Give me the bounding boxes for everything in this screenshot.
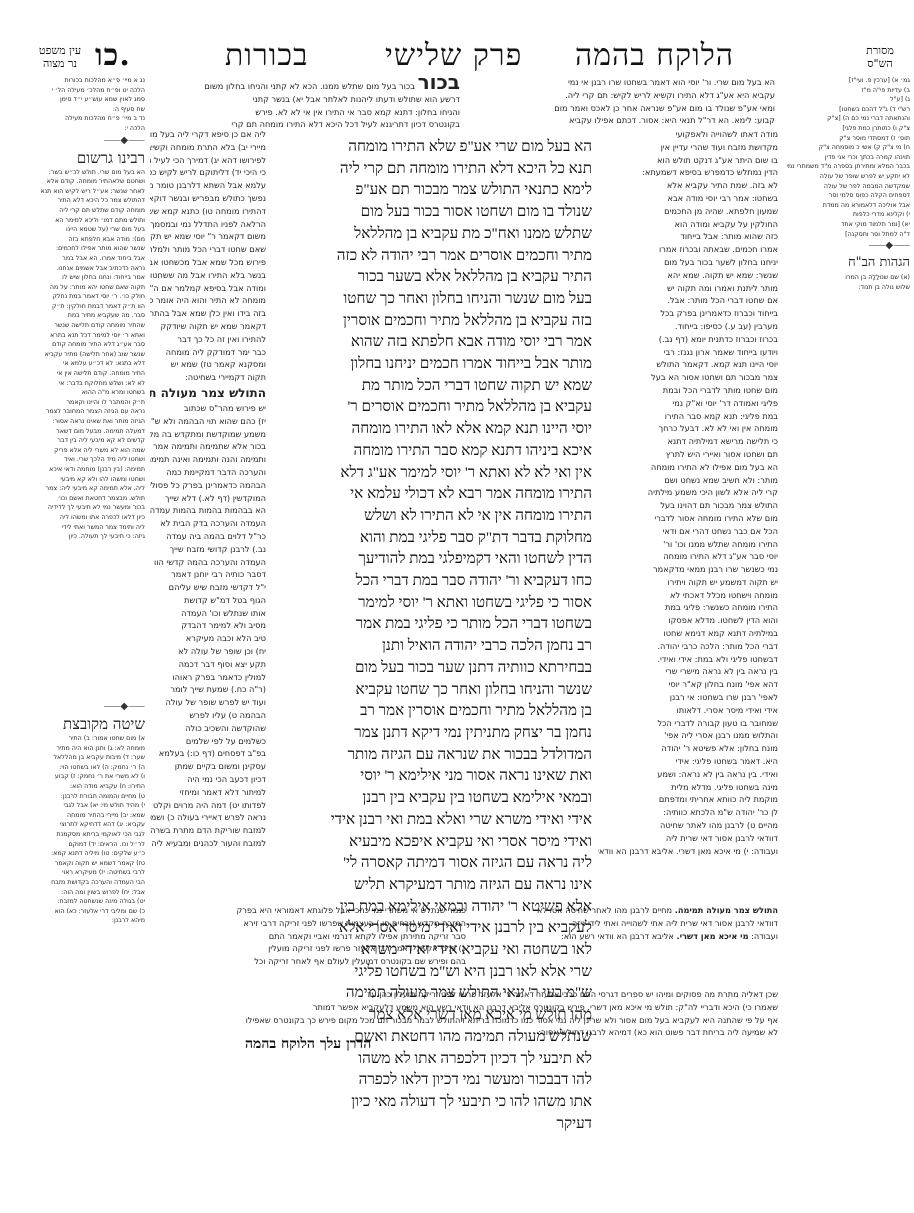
gershom-line: נראה עם הגיזה הצמר המחובר לצמר [2, 407, 145, 417]
gershom-line: לא לא: ושלש מחלוקת בדבר: אי [2, 379, 145, 389]
gershom-line: תקוה שאם שחטו יהא מותר: על מה [2, 283, 145, 293]
rashi-line: מומחה וישחטו מכלל דאכתי לא [598, 589, 778, 602]
tosafot-line: אותו שנתלש וכו' העמדה [150, 607, 266, 620]
tosafot-line: דהתירו מומחה טו) כתנא קמא ששמיה [150, 205, 266, 218]
gemara-line: יוסי היינו תנא קמא אלא לאו התירו מומחה [270, 418, 592, 440]
gemara-line: אינו נראה עם הגיזה מותר דמעיקרא תליש [270, 874, 592, 896]
rashi-line: יוסי סבר אע"ג דלא התירו מומחה [598, 550, 778, 563]
tosafot-line: בפ"ב דפסחים (דף כו:) בעלמא [150, 747, 266, 760]
gershom-line: ושחטו ליה מיד הלכך שרי. ואיד [2, 455, 145, 465]
tosafot-line: נב.) לרבנן קדושי מזבח שייך [150, 543, 266, 556]
gemara-line: אתו משהו להו כי תיבעי לך דעולה מאי כיון [270, 1091, 592, 1113]
rashi-line: נמי כשנשר שרו רבנן ממאי מדקאמר [598, 563, 778, 576]
shita-line: כ) שם ומליבי דרי אלעזר: כא) הוא [2, 907, 145, 917]
gemara-line: ואת שאינו נראה אסור מני אילימא ר' יוסי [270, 765, 592, 787]
rashi-line: מונח בחלון: אלא פשיטא ר' יהודה [598, 742, 778, 755]
tosafot-line: תקוה דקמיירי בשחיטה: [150, 371, 266, 384]
rashi-line: הכל אם כבר נשחט דהרי אם ודאי [598, 525, 778, 538]
tosafot-line: מומחה לא התיר והוא היה אומר כך [150, 294, 266, 307]
tosafot-line: נפשך כתולש מבפריש ובנשר דוקא [150, 192, 266, 205]
rashi-line: התירו מומחה שתלש ממנו וכו' ור' [598, 538, 778, 551]
tosafot-line: והערכה הדבר דמקיימת כמה [150, 466, 266, 479]
rashi-intro: הא בעל מום שרי. ור' יוסי הוא דאמר בשחטו … [465, 76, 775, 127]
continuation-line: אף על פי שהתנה היא לעקביא בעל מום אסור ו… [150, 1014, 778, 1027]
ein-mishpat-label: עין משפט נר מצוה [30, 44, 90, 70]
gemara-line: התיר עקביא בן מהללאל אלא בשער בכור [270, 266, 592, 288]
rashi-line: לא בזה. שמת התיר עקביא אלא [598, 179, 778, 192]
gershom-line: התיר מומחה. קודם תלישה אין אי [2, 369, 145, 379]
shita-line: מיהא לרבנן: [2, 916, 145, 926]
masoret-line: ח) מי צ"ק ק) אשי כ מוסמחה צ"ק [785, 143, 910, 153]
tosafot-line: הא בבהמות בהמות בהמות עמדה [150, 504, 266, 517]
tosafot-line: ליה אם כן סיפא דקרי ליה בעל מום [150, 128, 266, 141]
gershom-line: מם): מודה אבא חלפתא בזה [2, 235, 145, 245]
gershom-line: בכור ומעשר נמי לא תיבעי לך לדידיה [2, 503, 145, 513]
rashi-line: אמרו חכמים. שבאתה ובכרוז אמרו [598, 243, 778, 256]
hagahot-line: שלוש נולה בן תנוד: [785, 283, 910, 293]
shita-line: כ״ע שלקים: טו) מיליה דתנא קמא: [2, 849, 145, 859]
gershom-line: בעל מום שרי (על שטמא היינו [2, 225, 145, 235]
masoret-line: צ"ק ו) כתותרן כמת פלגי] [785, 124, 910, 134]
gemara-line: כחו דעקביא ור' יהודה סבר במת דברי הכל [270, 570, 592, 592]
gemara-line: מתיר וחכמים אוסרים אמר רבי יהודה לא כזה [270, 245, 592, 267]
ornament-divider: ⸺◆⸺ [2, 134, 145, 148]
tosafot-line: ועוד יש לפרש שופר של עולה [150, 696, 266, 709]
rashi-line: והוא הדין לשחטו. מדלא אפסקו [598, 614, 778, 627]
gemara-text: הא בעל מום שרי אע"פ שלא התירו מומחה תנא … [270, 136, 592, 1134]
gershom-line: מומחה קודם שתלש תם קרי ליה [2, 206, 145, 216]
shita-line: שמא: יב) מיירי בהתיר מומחה [2, 811, 145, 821]
ein-mishpat-line2: נר מצוה [30, 57, 90, 70]
rashi-bottom: התולש צמר מעולה תמימה. מחיים לרבנן מהו ל… [470, 904, 778, 942]
tosafot-bottom-line: המזבח מקדש (זבחים פו.) בעצמות שפרשו לפני… [150, 917, 466, 930]
gershom-line: ליה ותימד צמר המשר ואתי לידי [2, 523, 145, 533]
shita-line: א) מום שחטו אמור: ב) התיר [2, 734, 145, 744]
tosafot-line: העמדה והערכה בהמה קדשי הוו [150, 556, 266, 569]
rashi-line: אם שחטו דברי הכל מותר: אבל. [598, 294, 778, 307]
tosafot-line: כבר ימר דמודקק ליה מומחה [150, 346, 266, 359]
shita-line: שער: ד) מיבות עקביא בן מהללאל [2, 753, 145, 763]
tosafot-line: למיתור דלא דאמר ומיחזי [150, 786, 266, 799]
gemara-line: להו דבבכור ומעשר נמי דכיון דלאו לכפרה [270, 1069, 592, 1091]
rashi-line: מוקמת ליה כוותא אחריתי ומדפתם [598, 793, 778, 806]
gemara-line: שמא יש תקוה שחטו דברי הכל מותר מת [270, 375, 592, 397]
rashi-line: היא. דאמר בשחטו פליגי: אידי [598, 755, 778, 768]
tosafot-line: משמע שמוקדשת ומתקדש בה מקודשת [150, 428, 266, 441]
gershom-line: חולק כו׳. ר׳ יוסי דאמר במת נחלק [2, 292, 145, 302]
tosafot-line: מיירי יב) בלא התרת מומחה וקשיא [150, 141, 266, 154]
ein-mishpat-line: הלכה י: [2, 124, 145, 134]
gemara-line: בשחטו דברי הכל מותר כי פליגי במת אמר [270, 613, 592, 635]
tosafot-line: עסקינן ומשום בקיים שמתן [150, 760, 266, 773]
masoret-line: רש"י ד) ג"ל דהכם בשחטו] [785, 105, 910, 115]
tosafot-line: יש פירוש מהר"ס שכתוב [150, 402, 266, 415]
shita-line: ט) מחיים והמומה תבורת לרבנן: [2, 792, 145, 802]
tosafot-line: עלמא אבל השתא דלרבנן טומר ממה [150, 179, 266, 192]
rashi-line: מותר: ולא חשיב שמא נשחט ושם [598, 474, 778, 487]
tosafot-line: מסיב ולא למימר דהבדק [150, 619, 266, 632]
rashi-line: כי תלישה מרישא דמילתיה דתנא [598, 435, 778, 448]
tosafot-line: למזבח שוריקת הדם מתרת בשרה [150, 824, 266, 837]
tosafot-line: י"ל דקדשי מזבח שיש עליהם [150, 581, 266, 594]
tosafot-line: (ר"ה כח.) שמעת שייך לומר [150, 683, 266, 696]
tosafot-line: משום דקאמר ר" יוסי שמא יש תקוה [150, 230, 266, 243]
rashi-line: אידי ואידי מיסר אסרי. דלאותו [598, 704, 778, 717]
gershom-line: כיון דלאו לכפרה אתו ומשהו ליה [2, 513, 145, 523]
rashi-line: דברי הכל מותר: הלכה כרבי יהודה. [598, 640, 778, 653]
gemara-line: אסור כי פליגי בשחטו ואתא ר' יוסי למימר [270, 592, 592, 614]
rashi-line: ויודעו בייחוד שאמר ארון נגנז: רבי [598, 346, 778, 359]
gemara-line: נחמן בר יצחק מתניתין נמי דיקא דתנן צמר [270, 722, 592, 744]
masoret-line: בכבר המלא ומתירתן בספרה מ"ד משמתרי נמי [785, 162, 910, 172]
rashi-line: התולש צמר מבכור תם דהוינו בעל [598, 499, 778, 512]
masoret-line: יא) [ומר תלמוד מוקי אחד [785, 220, 910, 230]
shita-line: אבל: יח) לפרוש בשוין ומה הוה: [2, 888, 145, 898]
masoret-line: ג) [ע"ל [785, 95, 910, 105]
shita-line: טז) קאמר דשמא יש תקוה וקאמר [2, 859, 145, 869]
gemara-line: הדין לשחטו והאי דקמיפלגי במת להודיעך [270, 548, 592, 570]
gemara-line: אידי ואידי משרא שרי ואלא במת ואי רבנן אי… [270, 809, 592, 831]
tosafot-line: המוקדשין (דף לא.) דלא שייך [150, 492, 266, 505]
rashi-line: בייחוד וכברוז כדאמרינן בפרק בכל [598, 307, 778, 320]
rashi-line: שמעון חלפתא. שהיה מן החכמים [598, 205, 778, 218]
masoret-line: י) וקלינא מדרי כלפות [785, 210, 910, 220]
gemara-line: התירו מומחה אמר רבא לא דכולי עלמא אי [270, 483, 592, 505]
tosafot-line: בזה בידו ואין כלן שמא אבל בהתרת [150, 307, 266, 320]
gershom-line: ת״ק והמתבר לו והיינו וקאמר [2, 398, 145, 408]
rashi-line: בו שום היתר אע"ג דנקט תולש הוא [598, 154, 778, 167]
rashi-intro-line: קבוע: לימא. הא דר"ל תנאי היא: אסור. דכתם… [465, 114, 775, 127]
chapter-title: הלוקח בהמה [575, 38, 734, 73]
rashi-line: צמר מבכור תם ושחטו אסור הא בעל [598, 371, 778, 384]
rashi-line: דהא אפי' מונח בחלון קא"ר יוסי [598, 678, 778, 691]
rashi-line: במת פליגי: תנא קמא סבר התירו [598, 410, 778, 423]
shita-line: עקביא: יג) דהא דדחיקא לתרוצי [2, 820, 145, 830]
rashi-intro-line: עקביא היא אע"ג דלא התירו וקשיא לריש לקיש… [465, 89, 775, 102]
masoret-line: ב) עדיות פי"ה מ"ז [785, 86, 910, 96]
masoret-label-line1: מסורת [850, 44, 910, 57]
gershom-line: דמעלה תמימה. מבעל מום דשאר [2, 427, 145, 437]
gemara-line: אין ואי לא לא ואתא ר' יוסי למימר אע"ג דל… [270, 462, 592, 484]
tosafot-line: לפדותו יט) דמה היה מרוים וקלט היה [150, 799, 266, 812]
tosafot-bottom-line: כגמר שנתלש אי משתרי נמי כהכי אבל פלוגתא … [150, 904, 466, 917]
tosafot-intro-line: דרשע הוא שתולש ודעתו ליהנות לאלתר אבל יא… [168, 93, 460, 106]
tosafot-line: שהוקדשה והשכיב כולה [150, 722, 266, 735]
rashi-column: מודה דאתו לשהוייה ולאפקועי מקדושת מזבח ו… [598, 128, 778, 857]
rashi-line: בכרוז וכברוז כדתנית יומא (דף נב.) [598, 333, 778, 346]
tosafot-bottom: כגמר שנתלש אי משתרי נמי כהכי אבל פלוגתא … [150, 904, 466, 968]
daf-number: כו. [95, 38, 131, 73]
gemara-line: התירו מומחה אין אי לא התירו לא ושלש [270, 505, 592, 527]
gemara-line: שנולד בו מום ושחטו אסור בכור בעל מום [270, 201, 592, 223]
tosafot-line: כר"ל דלוים בהמה ביה עמדה [150, 530, 266, 543]
rashi-line: מערבין (עב ע.) כסיפו: בייחוד. [598, 320, 778, 333]
rashi-line: לן כר' יהודה ש"מ הלכתא כוותיה: [598, 806, 778, 819]
tosafot-line: בכור אלא שתמימה ותמימה אמר [150, 440, 266, 453]
rashi-line: כזה שהוא מותר: אבל בייחוד [598, 230, 778, 243]
shita-line: י) מהיד תולש מי: יא) אבל לגבי [2, 801, 145, 811]
gemara-line: בבחירתא כוותיה דתנן שער בכור בעל מום [270, 657, 592, 679]
shita-line: לגבי הכי לאוקמי בריתא מסקמנת [2, 830, 145, 840]
gershom-line: תמימה: (בין רבנן) מוחמה ודאי איכא [2, 465, 145, 475]
ein-mishpat-line: נד ב מיי׳ פ״ח מהלכות מעילה [2, 114, 145, 124]
tosafot-continuation: שכן דאליה מתרת מה פסוקים ומיהו יש ספרים … [150, 988, 778, 1039]
rashi-line: מודה דאתו לשהוייה ולאפקועי [598, 128, 778, 141]
gemara-line: בעל מום שנשר והניחו בחלון ואחר כך שחטו [270, 288, 592, 310]
rashi-line: בשחטו: אמר רבי יוסי מודה אבא [598, 192, 778, 205]
rashi-line: דבשחטו פליגי ולא במת: אידי ואידי. [598, 653, 778, 666]
gershom-line: אבל ביחוד אמרו. הא אבל במר [2, 254, 145, 264]
gemara-line: בן מהללאל מתיר וחכמים אוסרין אמר רב [270, 700, 592, 722]
masoret-line: תוס׳ ז) דמסתדי מוסר צ"ק [785, 134, 910, 144]
rashi-line: ועבודה: י) מי איכא מאן דשרי. אליבא דרבנן… [598, 845, 778, 858]
gershom-line: דהתולש צמר כל היכא דלא התיר [2, 196, 145, 206]
shita-line: ה) ר׳ נחמק: ה) לאו בשחטו הוי: [2, 763, 145, 773]
gemara-line: מחלוקת בדבר דת"ק סבר פליגי במת והוא [270, 527, 592, 549]
tosafot-line: דסבר כותיה רבי יוחנן דאמר [150, 568, 266, 581]
hadran-chapter-end: הדרן עלך הלוקח בהמה [245, 1036, 371, 1053]
tosafot-intro-line: והניחו בחלון: דתנא קמא סבר אי התירו אין … [168, 106, 460, 119]
hagahot-line: (א) שם שנוּלַלָה בן המרו [785, 273, 910, 283]
ein-mishpat-line: הלכה יט ופ״ח מהלכ׳ מעילה הל׳ י [2, 86, 145, 96]
hagahot-habach-title: הגהות הב"ח [785, 253, 910, 273]
tosafot-bottom-line: סבר זריקה מתירתן אפילו לקתא דנרמי ואביי … [150, 930, 466, 943]
gemara-line: אמר רבי יוסי מודה אבא חלפתא בזה שהוא [270, 331, 592, 353]
shita-line: לר״ל וכו. הראים: יד) דמוקם [2, 840, 145, 850]
rabbeinu-gershom-text: הא בעל מום שרי. תולש לכ״ש בשר: ושחטם שלא… [2, 168, 145, 542]
tosafot-line: טיב הלא וכבה מעיקרא [150, 632, 266, 645]
ornament-divider: ⸺◆⸺ [785, 239, 910, 253]
tosafot-intro: בכור בכור בעל מום שתלש ממנו. הכא לא קתני… [168, 76, 460, 131]
rashi-line: דוודאי לרבנן אסור דאי שרית ליה [598, 832, 778, 845]
tosafot-bottom-line: כ) כרבי אלעזר דאמר רבי אלעזר פרשו לפני ז… [150, 942, 466, 955]
shita-mekubetzet-title: שיטה מקובצת [2, 714, 145, 734]
gershom-line: לאחר שנשר: אע״ל ריש לקיש הוא תנא [2, 187, 145, 197]
tosafot-line: יח) וכן שופר של עולה לא [150, 645, 266, 658]
shita-line: ו) לא משרי את ר׳ נחמק: ז) קבוע [2, 772, 145, 782]
rashi-line: מותר ליתנת ואמרו ומה תקוה יש [598, 282, 778, 295]
gemara-line: עקביא בן מהללאל מתיר וחכמים אוסרים ר' [270, 396, 592, 418]
gershom-line: הא בעל מום שרי. תולש לכ״ש בשר: [2, 168, 145, 178]
tosafot-line: דכיון דכעב הכי נמי היה [150, 773, 266, 786]
gershom-line: סבר אע״ג דלא התיר מומחה קודם [2, 340, 145, 350]
shita-mekubetzet: ⸺◆⸺ שיטה מקובצת א) מום שחטו אמור: ב) התי… [2, 700, 145, 926]
rashi-line: מום שלא התירו מומחה אסור לדברי [598, 512, 778, 525]
gershom-line: דלא בתנא: לא דכ״ע עלמא אי [2, 359, 145, 369]
rashi-intro-line: הא בעל מום שרי. ור' יוסי הוא דאמר בשחטו … [465, 76, 775, 89]
masoret-line: שמקדשה המבמה לפר של עולה [785, 182, 910, 192]
shita-line: התירו: ח) עקביא מודה הוא: [2, 782, 145, 792]
rashi-line: והתלוש ממנו רבנן אסרי ליה אפי' [598, 729, 778, 742]
masoret-label-line2: הש"ס [850, 57, 910, 70]
gemara-line: ובמאי אילימא בשחטו בין עקביא בין רבנן [270, 787, 592, 809]
continuation-line: שאמרו כי) היכא ודבריי לה"ק: תולש מי איכא… [150, 1001, 778, 1014]
gershom-line: ושחטו ומשהו להו ולא קא מיבעי [2, 475, 145, 485]
rashi-line: פליגי ואמודה דר' יוסי וא"ק נמי [598, 397, 778, 410]
masoret-line: תוינהו קמרה בכתך וכרי אני פדין [785, 153, 910, 163]
gershom-line: ואתא ר׳ יוסי למימר דכל תנא בתרא [2, 331, 145, 341]
ein-mishpat-line: שח סעיף ה: [2, 105, 145, 115]
ein-mishpat-line: סמג לאוין שמא עוש״ע י״ד סימן [2, 95, 145, 105]
gershom-line: שמה הוא לא משרי ליה אלא פריק [2, 446, 145, 456]
gemara-line: הא בעל מום שרי אע"פ שלא התירו מומחה [270, 136, 592, 158]
masoret-line: לא יתקע יש לפרש שופר של עולה [785, 172, 910, 182]
rashi-line: מקדושת מזבח ועוד שהרי עדיין אין [598, 141, 778, 154]
rashi-line: לאפי' רבנן שרו בשחטו: אי רבנן [598, 691, 778, 704]
tosafot-line: תקע יצא וסוף דבר דכמה [150, 658, 266, 671]
rabbeinu-gershom-title: רבינו גרשום [2, 148, 145, 168]
gershom-line: סבר. מה שעקביא מתיר במת [2, 311, 145, 321]
gemara-line: שתלש ממנו ואח"כ מת עקביא בן מהללאל [270, 223, 592, 245]
gershom-line: ושחטם שלאהתיר מומחה. קודם אלא [2, 177, 145, 187]
ein-mishpat-line: נג א מיי׳ פ״א מהלכות בכורות [2, 76, 145, 86]
tosafot-intro-line: בכור בכור בעל מום שתלש ממנו. הכא לא קתני… [168, 76, 460, 93]
tosafot-line: הגוף בטל דמ"ש קדושת [150, 594, 266, 607]
gershom-line: גיזה: כי תיבעי לך תעולה. כיון [2, 532, 145, 542]
tosafot-line: להתירו ואין זה כל כך דבר [150, 333, 266, 346]
rashi-bottom-line: דוודאי לרבנן אסור דאי שרית ליה אתי לשהוי… [470, 917, 778, 930]
gershom-line: הגיזה מותר ואת שאינו נראה אסור: [2, 417, 145, 427]
tosafot-line: בנשר בלא התירו אבל מה ששחטו [150, 269, 266, 282]
tosafot-line: הבהמה ט) עליו לפרש [150, 709, 266, 722]
masoret-line: ד"ה למתל וסר ותסקנה] [785, 230, 910, 240]
tosafot-dibbur-hamatchil: בכור [418, 76, 460, 93]
gemara-line: בזה עקביא בן מהללאל מתיר וחכמים אוסרין [270, 310, 592, 332]
rashi-line: קרי ליה אלא לשון היכי משמע מילתיה [598, 486, 778, 499]
shita-line: יט) בגולה מינה שנשחטה למזבח: [2, 897, 145, 907]
masoret-line: דספחים הקלה כפוס סלמי וסר [785, 191, 910, 201]
masoret-line: אבל אוליכה דלאמורא מה ממדת [785, 201, 910, 211]
gemara-line: לימא כתנאי התולש צמר מבכור תם אע"פ [270, 179, 592, 201]
tosafot-line: נראה לפרש דאיירי בעולה כ) ושמטה [150, 811, 266, 824]
masoret-line: והנתאתה דברי נמי כם ה) [צ"ק [785, 114, 910, 124]
tosafot-line: דקאמר שמא יש תקוה שיודקק [150, 320, 266, 333]
gershom-line: אמר בייחוד: ונחנו בחלון שיש לו [2, 273, 145, 283]
gemara-line: איכא ביניהו דתנא קמא סבר התירו מומחה [270, 440, 592, 462]
tosafot-line: הבהמה כדאמרינן בפרק כל פסולי [150, 479, 266, 492]
rashi-line: מינה בשחטו פליגי. מדלא מלית [598, 781, 778, 794]
shita-line: הבי העמדה והערכה בקדושת מזבח [2, 878, 145, 888]
gemara-line: ליה נראה עם הגיזה אסור דמיתה קאסרה לי' [270, 852, 592, 874]
gershom-line: תולש. מבצמר דחטאת ואשם וכו׳ [2, 494, 145, 504]
rashi-line: יוסי היינו תנא קמא. דקאמר התולש [598, 358, 778, 371]
gemara-line: שנשר והניחו בחלון ואחר כך שחטו עקביא [270, 679, 592, 701]
continuation-line: שכן דאליה מתרת מה פסוקים ומיהו יש ספרים … [150, 988, 778, 1001]
gershom-line: ותולש מתם דמו׳ וליכא למימר הא [2, 216, 145, 226]
rashi-line: התירו מומחה כשנשר: פליגי במת [598, 601, 778, 614]
tosafot-line: יז) כהם שהוא תוי הבהמה ולא ש"ם [150, 415, 266, 428]
left-margin: נג א מיי׳ פ״א מהלכות בכורות הלכה יט ופ״ח… [2, 76, 145, 542]
gershom-line: בשחטו ומרא מ"ה ההוא [2, 388, 145, 398]
rashi-line: יש תקוה דמשמע יש תקוה ויתירו [598, 576, 778, 589]
gershom-line: נראה כדכתיב אבל אשמים אנחנו. [2, 264, 145, 274]
rashi-bottom-line: ועבודה: מי איכא מאן דשרי. אליבא דרבנן הא… [470, 930, 778, 943]
tosafot-line: למולין כדאמר בפרק ראוהו [150, 671, 266, 684]
gershom-line: שהתיר מומחה קודם תלישה שנשר [2, 321, 145, 331]
gershom-line: הוו ת״ק דאמר דבמת חולקין: ת״ק [2, 302, 145, 312]
tosafot-line: הרלאה לפניו התדלל נמי ובמסמך [150, 218, 266, 231]
tosafot-line: ותמימה והנה ותמימה ואינה תמימה [150, 453, 266, 466]
rashi-line: תם ושחטו אסור ואיירי היש לתרץ [598, 448, 778, 461]
tosafot-line: פירוש מכל שמא אבל מכשחטו אבל [150, 256, 266, 269]
tosafot-line: העמדה והערכה בדק הבית לא [150, 517, 266, 530]
ein-mishpat-notes: נג א מיי׳ פ״א מהלכות בכורות הלכה יט ופ״ח… [2, 76, 145, 134]
gemara-line: דעיקר [270, 1113, 592, 1135]
shita-line: לרבי בשחיטה: יז) מעיקרא ראוי [2, 868, 145, 878]
gemara-line: מותר אבל בייחוד אמרו חכמים יניחנו בחלון [270, 353, 592, 375]
rashi-line: שמחובר בו טעון קבורה לדברי הכל [598, 717, 778, 730]
masoret-hashas-label: מסורת הש"ס [850, 44, 910, 70]
gershom-line: שנשר שהוא מותר אפילו לחכמים: [2, 244, 145, 254]
gemara-line: רב נחמן הלכה כרבי יהודה הואיל ותנן [270, 635, 592, 657]
gemara-line: ואידי מיסר אסרי ואי עקביא איפכא מיבעיא [270, 831, 592, 853]
ornament-divider: ⸺◆⸺ [2, 700, 145, 714]
rashi-line: בין נראה בין לא נראה מישרי שרי [598, 665, 778, 678]
rashi-line: במילתיה דתנא קמא דנימא שחטו [598, 627, 778, 640]
chapter-number: פרק שלישי [385, 38, 522, 73]
gershom-line: קדשים לא קא מיבעי ליה בין דבר [2, 436, 145, 446]
rashi-line: החולקין על עקביא ומודה הוא [598, 218, 778, 231]
tosafot-column: ליה אם כן סיפא דקרי ליה בעל מום מיירי יב… [150, 128, 266, 850]
rashi-line: מום שחטו מותר לדברי הכל ובמת [598, 384, 778, 397]
shita-line: מומחה לא: ג) ותנן הוא היה מתיר [2, 744, 145, 754]
rashi-line: הא בעל מום אפילו לא התירו מומחה [598, 461, 778, 474]
tosafot-line: ומסקנא קאמר טז) שמא יש [150, 358, 266, 371]
tosafot-line: כי היכי יד) דליתוקם לריש לקיש כסולי [150, 166, 266, 179]
rashi-line: הדין נמתלש כדמפרש בסיפא דשמעתא: [598, 166, 778, 179]
tractate-name: בכורות [225, 38, 309, 73]
tosafot-heading-tolash: התולש צמר מעולה תמימה. [150, 384, 266, 402]
tosafot-line: ומודה אבל בסיפא קמלמר אם ה"ה [150, 282, 266, 295]
tosafot-line: שאם שחטו דברי הכל מותר ולמלתיה [150, 243, 266, 256]
masoret-hashas: גמ׳ א) [ערכין פ. ועי"ז] ב) עדיות פי"ה מ"… [785, 76, 910, 292]
gemara-line: המדולדל בבכור את שנראה עם הגיזה מותר [270, 744, 592, 766]
rashi-line: מהיים ט) לרבנן מהו לאתר שחיטה [598, 819, 778, 832]
rashi-line: מומחה אין ואי לא לא. דבעל כרחך [598, 422, 778, 435]
rashi-line: שנשר: שמא יש תקוה. שמא יהא [598, 269, 778, 282]
gershom-line: שנשר שוב (אחר תלישה) מתיר עקביא [2, 350, 145, 360]
tosafot-line: למזבח והעור לכהנים ומבעיא ליה [150, 837, 266, 850]
rashi-line: ואידי. בין נראה בין לא נראה: ושמע [598, 768, 778, 781]
rashi-intro-line: ומאי אע"פ שנולד בו מום אע"פ שנראה אחר כן… [465, 102, 775, 115]
rashi-bottom-line: התולש צמר מעולה תמימה. מחיים לרבנן מהו ל… [470, 904, 778, 917]
tosafot-bottom-line: בהם ופירש שם בקונטרס דמועלין לעולם אף לא… [150, 955, 466, 968]
tosafot-line: כשלמים על לפי שלמים [150, 735, 266, 748]
tosafot-line: לפירושו דהא יג) דמירך הכי לעיל הייט [150, 154, 266, 167]
rashi-line: יניחנו בחלון לשער בכור בעל מום [598, 256, 778, 269]
gemara-line: תנא כל היכא דלא התירו מומחה תם קרי ליה [270, 158, 592, 180]
masoret-line: גמ׳ א) [ערכין פ. ועי"ז] [785, 76, 910, 86]
gershom-line: ליה, אלא תמימה קא מיבעי ליה: צמר [2, 484, 145, 494]
ein-mishpat-line1: עין משפט [30, 44, 90, 57]
